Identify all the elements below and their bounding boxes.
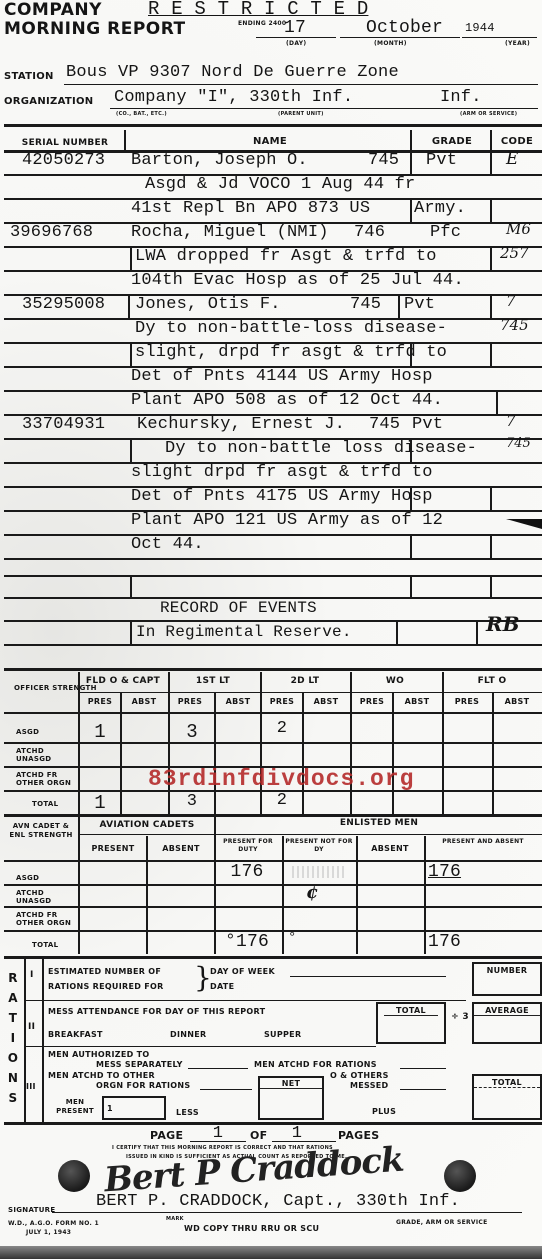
col-divider [24, 958, 26, 1122]
officer-value: 3 [170, 721, 214, 743]
col-divider [130, 577, 132, 597]
serial-number: 42050273 [22, 151, 105, 170]
subcol-abst: ABST [122, 697, 166, 706]
row-rule [4, 906, 542, 908]
col-absent-enlisted: ABSENT [358, 844, 422, 853]
col-divider [396, 622, 398, 644]
men-atchd-field[interactable] [200, 1089, 252, 1090]
form-title-line2: MORNING REPORT [4, 19, 186, 39]
col-divider [410, 577, 412, 597]
arrow-mark-icon [506, 519, 542, 529]
col-divider [490, 488, 492, 510]
person-name: Kechursky, Ernest J. [137, 415, 345, 434]
date-label: DATE [210, 982, 234, 991]
code-handwritten: 7 [506, 412, 516, 430]
code-handwritten: 257 [500, 244, 529, 262]
serial-number: 33704931 [22, 415, 105, 434]
report-day: 17 [284, 18, 306, 38]
col-absent: ABSENT [148, 844, 214, 853]
row-label-total: TOTAL [32, 941, 58, 949]
org-caption-2: (PARENT UNIT) [278, 111, 324, 117]
record-of-events-title: RECORD OF EVENTS [160, 599, 317, 617]
men-auth-field[interactable] [188, 1068, 248, 1069]
row-rule [26, 1046, 376, 1047]
breakfast-label: BREAKFAST [48, 1030, 103, 1039]
men-present-box[interactable]: 1 [102, 1096, 166, 1120]
col-header-code: CODE [492, 136, 542, 147]
col-divider [490, 248, 492, 270]
grade: Pfc [430, 223, 461, 242]
arm-of-service-value: Inf. [440, 88, 482, 107]
row-label-atchd-fr-other: ATCHD FR OTHER ORGN [16, 911, 76, 927]
mos-number: 745 [350, 295, 381, 314]
section-ii-numeral: II [28, 1022, 35, 1032]
remark-line: 41st Repl Bn APO 873 US [131, 199, 370, 218]
officer-value: 1 [80, 792, 120, 814]
col-divider [490, 536, 492, 558]
code-handwritten: 745 [500, 316, 529, 334]
col-divider [130, 440, 132, 462]
remark-line: Oct 44. [131, 535, 204, 554]
group-header: WO [352, 676, 438, 686]
officer-value: 2 [262, 719, 302, 738]
page-total: 1 [272, 1124, 322, 1143]
row-rule [4, 742, 542, 744]
rations-letter: R [6, 968, 20, 988]
subcol-abst: ABST [494, 697, 540, 706]
section-i-numeral: I [30, 970, 34, 980]
col-divider [424, 836, 426, 954]
col-header-grade: GRADE [414, 136, 490, 147]
col-divider [42, 958, 44, 1122]
col-divider [130, 344, 132, 366]
code-handwritten: E [506, 149, 518, 169]
col-divider [490, 577, 492, 597]
men-present-value: 1 [107, 1104, 113, 1113]
mos-number: 746 [354, 223, 385, 242]
atchd-for-rations-field[interactable] [400, 1068, 446, 1069]
group-header: FLD O & CAPT [80, 676, 166, 686]
col-divider [490, 200, 492, 222]
rations-letter: S [6, 1088, 20, 1108]
col-divider [490, 130, 492, 152]
code-handwritten: 7 [506, 292, 516, 310]
year-underline [462, 37, 537, 38]
morning-report-page: COMPANY MORNING REPORT R E S T R I C T E… [0, 0, 542, 1259]
month-caption: (MONTH) [374, 40, 407, 47]
remark-line: Dy to non-battle-loss disease- [135, 319, 447, 338]
plus-label: PLUS [372, 1107, 396, 1116]
enlisted-value: 176 [428, 932, 461, 952]
row-rule [4, 575, 542, 577]
code-handwritten: 745 [506, 436, 531, 451]
enlisted-value: ° [288, 930, 297, 946]
col-divider [356, 836, 358, 954]
grade: Pvt [404, 295, 435, 314]
col-divider [410, 152, 412, 174]
org-caption-3: (ARM OR SERVICE) [460, 111, 517, 117]
form-title-line1: COMPANY [4, 0, 102, 20]
grade: Pvt [426, 151, 457, 170]
col-divider [410, 130, 412, 152]
mos-number: 745 [369, 415, 400, 434]
organization-value: Company "I", 330th Inf. [114, 88, 353, 107]
col-divider [410, 488, 412, 510]
mess-attendance-label: MESS ATTENDANCE FOR DAY OF THIS REPORT [48, 1007, 265, 1016]
supper-label: SUPPER [264, 1030, 301, 1039]
group-header: FLT O [444, 676, 540, 686]
table-top-rule [4, 124, 542, 127]
number-box-label: NUMBER [474, 966, 540, 975]
average-box[interactable]: AVERAGE [472, 1002, 542, 1044]
mess-total-label: TOTAL [384, 1006, 438, 1016]
serial-number: 39696768 [10, 223, 93, 242]
col-divider [124, 130, 126, 152]
enlisted-value: °176 [216, 932, 278, 952]
officer-strength-title: OFFICER STRENGTH [14, 684, 76, 693]
org-caption-1: (CO., BAT., ETC.) [116, 111, 167, 117]
remark-line: Plant APO 121 US Army as of 12 [131, 511, 443, 530]
subheader-rule [80, 834, 542, 835]
station-underline [64, 84, 538, 85]
col-header-name: NAME [130, 136, 410, 147]
average-label: AVERAGE [474, 1006, 540, 1016]
remark-line: 104th Evac Hosp as of 25 Jul 44. [131, 271, 464, 290]
row-label-total: TOTAL [32, 800, 58, 808]
report-month: October [366, 18, 443, 38]
smudge-mark [292, 866, 344, 878]
pages-label: PAGES [338, 1129, 380, 1142]
of-label: OF [250, 1129, 267, 1142]
rations-total-label: TOTAL [474, 1078, 540, 1088]
row-rule [4, 620, 542, 622]
station-value: Bous VP 9307 Nord De Guerre Zone [66, 63, 399, 82]
serial-number: 35295008 [22, 295, 105, 314]
col-divider [410, 536, 412, 558]
subcol-pres: PRES [170, 697, 210, 706]
col-present-and-absent: PRESENT AND ABSENT [426, 838, 540, 846]
day-caption: (DAY) [286, 40, 306, 47]
organization-label: ORGANIZATION [4, 96, 93, 107]
enlisted-men-header: ENLISTED MEN [216, 818, 542, 828]
rations-side-label: R A T I O N S [6, 968, 20, 1108]
enlisted-value: 176 [216, 862, 278, 882]
remark-line: Det of Pnts 4175 US Army Hosp [131, 487, 433, 506]
col-present-not-for-dy: PRESENT NOT FOR DY [284, 838, 354, 854]
section-rule [4, 814, 542, 817]
net-label: NET [260, 1079, 322, 1089]
record-of-events-entry: In Regimental Reserve. [136, 623, 352, 641]
col-present-for-duty: PRESENT FOR DUTY [216, 838, 280, 854]
rations-letter: N [6, 1068, 20, 1088]
enlisted-strength-title: AVN CADET & ENL STRENGTH [6, 822, 76, 840]
men-auth-line1: MEN AUTHORIZED TO [48, 1050, 150, 1059]
initials-handwritten: RB [486, 612, 520, 636]
remark-line: slight drpd fr asgt & trfd to [131, 463, 433, 482]
row-rule [4, 644, 542, 646]
watermark-text: 83rdinfdivdocs.org [148, 766, 414, 792]
col-divider [490, 152, 492, 174]
subcol-pres: PRES [444, 697, 490, 706]
men-atchd-line2: ORGN FOR RATIONS [96, 1081, 190, 1090]
code-handwritten: M6 [506, 220, 531, 238]
less-label: LESS [176, 1108, 199, 1117]
subcol-pres: PRES [262, 697, 302, 706]
enlisted-value: 176 [428, 862, 461, 882]
handwritten-mark: ¢ [306, 882, 319, 903]
net-box[interactable]: NET [258, 1076, 324, 1120]
col-header-serial: SERIAL NUMBER [10, 138, 120, 148]
row-rule [4, 712, 542, 714]
row-label-asgd: ASGD [16, 874, 39, 882]
others-field[interactable] [400, 1089, 446, 1090]
col-divider [410, 200, 412, 222]
form-id-line1: W.D., A.G.O. FORM NO. 1 [8, 1220, 99, 1227]
day-of-week-label: DAY OF WEEK [210, 967, 275, 976]
person-name: Barton, Joseph O. [131, 151, 308, 170]
routing-small: MARK [166, 1216, 184, 1222]
subcol-abst: ABST [394, 697, 440, 706]
ending-label: ENDING 2400 [238, 20, 286, 27]
page-number: 1 [190, 1124, 246, 1143]
person-name: Jones, Otis F. [135, 295, 281, 314]
row-rule [4, 558, 542, 560]
bottom-edge [0, 1246, 542, 1259]
classification-stamp: R E S T R I C T E D [148, 0, 368, 20]
mess-total-box[interactable]: TOTAL [376, 1002, 446, 1044]
signature-label: SIGNATURE [8, 1206, 55, 1214]
section-rule [4, 668, 542, 671]
row-label-atchd-unasgd: ATCHD UNASGD [16, 747, 76, 763]
subcol-pres: PRES [352, 697, 392, 706]
form-id-line2: JULY 1, 1943 [26, 1229, 71, 1236]
est-rations-line2: RATIONS REQUIRED FOR [48, 982, 164, 991]
subcol-abst: ABST [216, 697, 260, 706]
dinner-label: DINNER [170, 1030, 206, 1039]
row-rule [4, 534, 542, 536]
aviation-cadets-header: AVIATION CADETS [80, 820, 214, 830]
mos-number: 745 [368, 151, 399, 170]
section-iii-numeral: III [26, 1082, 36, 1091]
remark-line: Asgd & Jd VOCO 1 Aug 44 fr [145, 175, 415, 194]
men-atchd-line1: MEN ATCHD TO OTHER [48, 1071, 155, 1080]
signer-name: BERT P. CRADDOCK, Capt., 330th Inf. [96, 1192, 460, 1211]
col-divider [476, 622, 478, 644]
col-divider [490, 344, 492, 366]
col-divider [130, 248, 132, 270]
col-present: PRESENT [80, 844, 146, 853]
officer-value: 3 [170, 792, 214, 811]
row-label-atchd-fr-other: ATCHD FR OTHER ORGN [16, 771, 76, 787]
binder-hole-right-icon [444, 1160, 476, 1192]
col-divider [146, 836, 148, 954]
subcol-abst: ABST [304, 697, 348, 706]
col-divider [398, 296, 400, 318]
grade: Pvt [412, 415, 443, 434]
group-header: 1ST LT [170, 676, 256, 686]
rations-letter: T [6, 1008, 20, 1028]
report-year: 1944 [465, 21, 495, 35]
atchd-for-rations-label: MEN ATCHD FOR RATIONS [254, 1060, 377, 1069]
men-auth-line2: MESS SEPARATELY [96, 1060, 183, 1069]
remark-line: LWA dropped fr Asgt & trfd to [135, 247, 437, 266]
day-of-week-field[interactable] [290, 976, 446, 977]
rations-total-box[interactable]: TOTAL [472, 1074, 542, 1120]
officer-value: 2 [262, 791, 302, 810]
col-divider [490, 296, 492, 318]
remark-line: Plant APO 508 as of 12 Oct 44. [131, 391, 443, 410]
row-label-atchd-unasgd: ATCHD UNASGD [16, 889, 76, 905]
organization-underline [110, 108, 538, 109]
others-line1: O & OTHERS [330, 1071, 389, 1080]
men-present-label: MEN PRESENT [50, 1098, 100, 1116]
col-divider [130, 622, 132, 644]
col-divider [128, 296, 130, 318]
others-line2: MESSED [350, 1081, 389, 1090]
est-rations-line1: ESTIMATED NUMBER OF [48, 967, 161, 976]
rations-letter: I [6, 1028, 20, 1048]
station-label: STATION [4, 71, 54, 82]
col-divider [496, 392, 498, 414]
subheader-rule [80, 692, 542, 693]
rations-letter: A [6, 988, 20, 1008]
page-label: PAGE [150, 1129, 183, 1142]
col-divider [410, 440, 412, 462]
row-rule [4, 884, 542, 886]
officer-value: 1 [80, 721, 120, 743]
subcol-pres: PRES [80, 697, 120, 706]
remark-line: Dy to non-battle loss disease- [165, 439, 477, 458]
person-name: Rocha, Miguel (NMI) [131, 223, 329, 242]
remark-line-grade: Army. [414, 199, 466, 218]
year-caption: (YEAR) [505, 40, 530, 47]
rations-letter: O [6, 1048, 20, 1068]
divide-by-three: ÷ 3 [448, 1012, 472, 1022]
signature-underline [52, 1212, 522, 1213]
remark-line: Det of Pnts 4144 US Army Hosp [131, 367, 433, 386]
binder-hole-left-icon [58, 1160, 90, 1192]
row-rule [26, 1000, 466, 1001]
routing-text: WD COPY THRU RRU OR SCU [184, 1224, 319, 1233]
col-divider [410, 344, 412, 366]
row-label-asgd: ASGD [16, 728, 39, 736]
grade-caption: GRADE, ARM OR SERVICE [396, 1219, 488, 1226]
remark-line: slight, drpd fr asgt & trfd to [135, 343, 447, 362]
number-box[interactable]: NUMBER [472, 962, 542, 996]
section-rule [4, 956, 542, 959]
group-header: 2D LT [262, 676, 348, 686]
